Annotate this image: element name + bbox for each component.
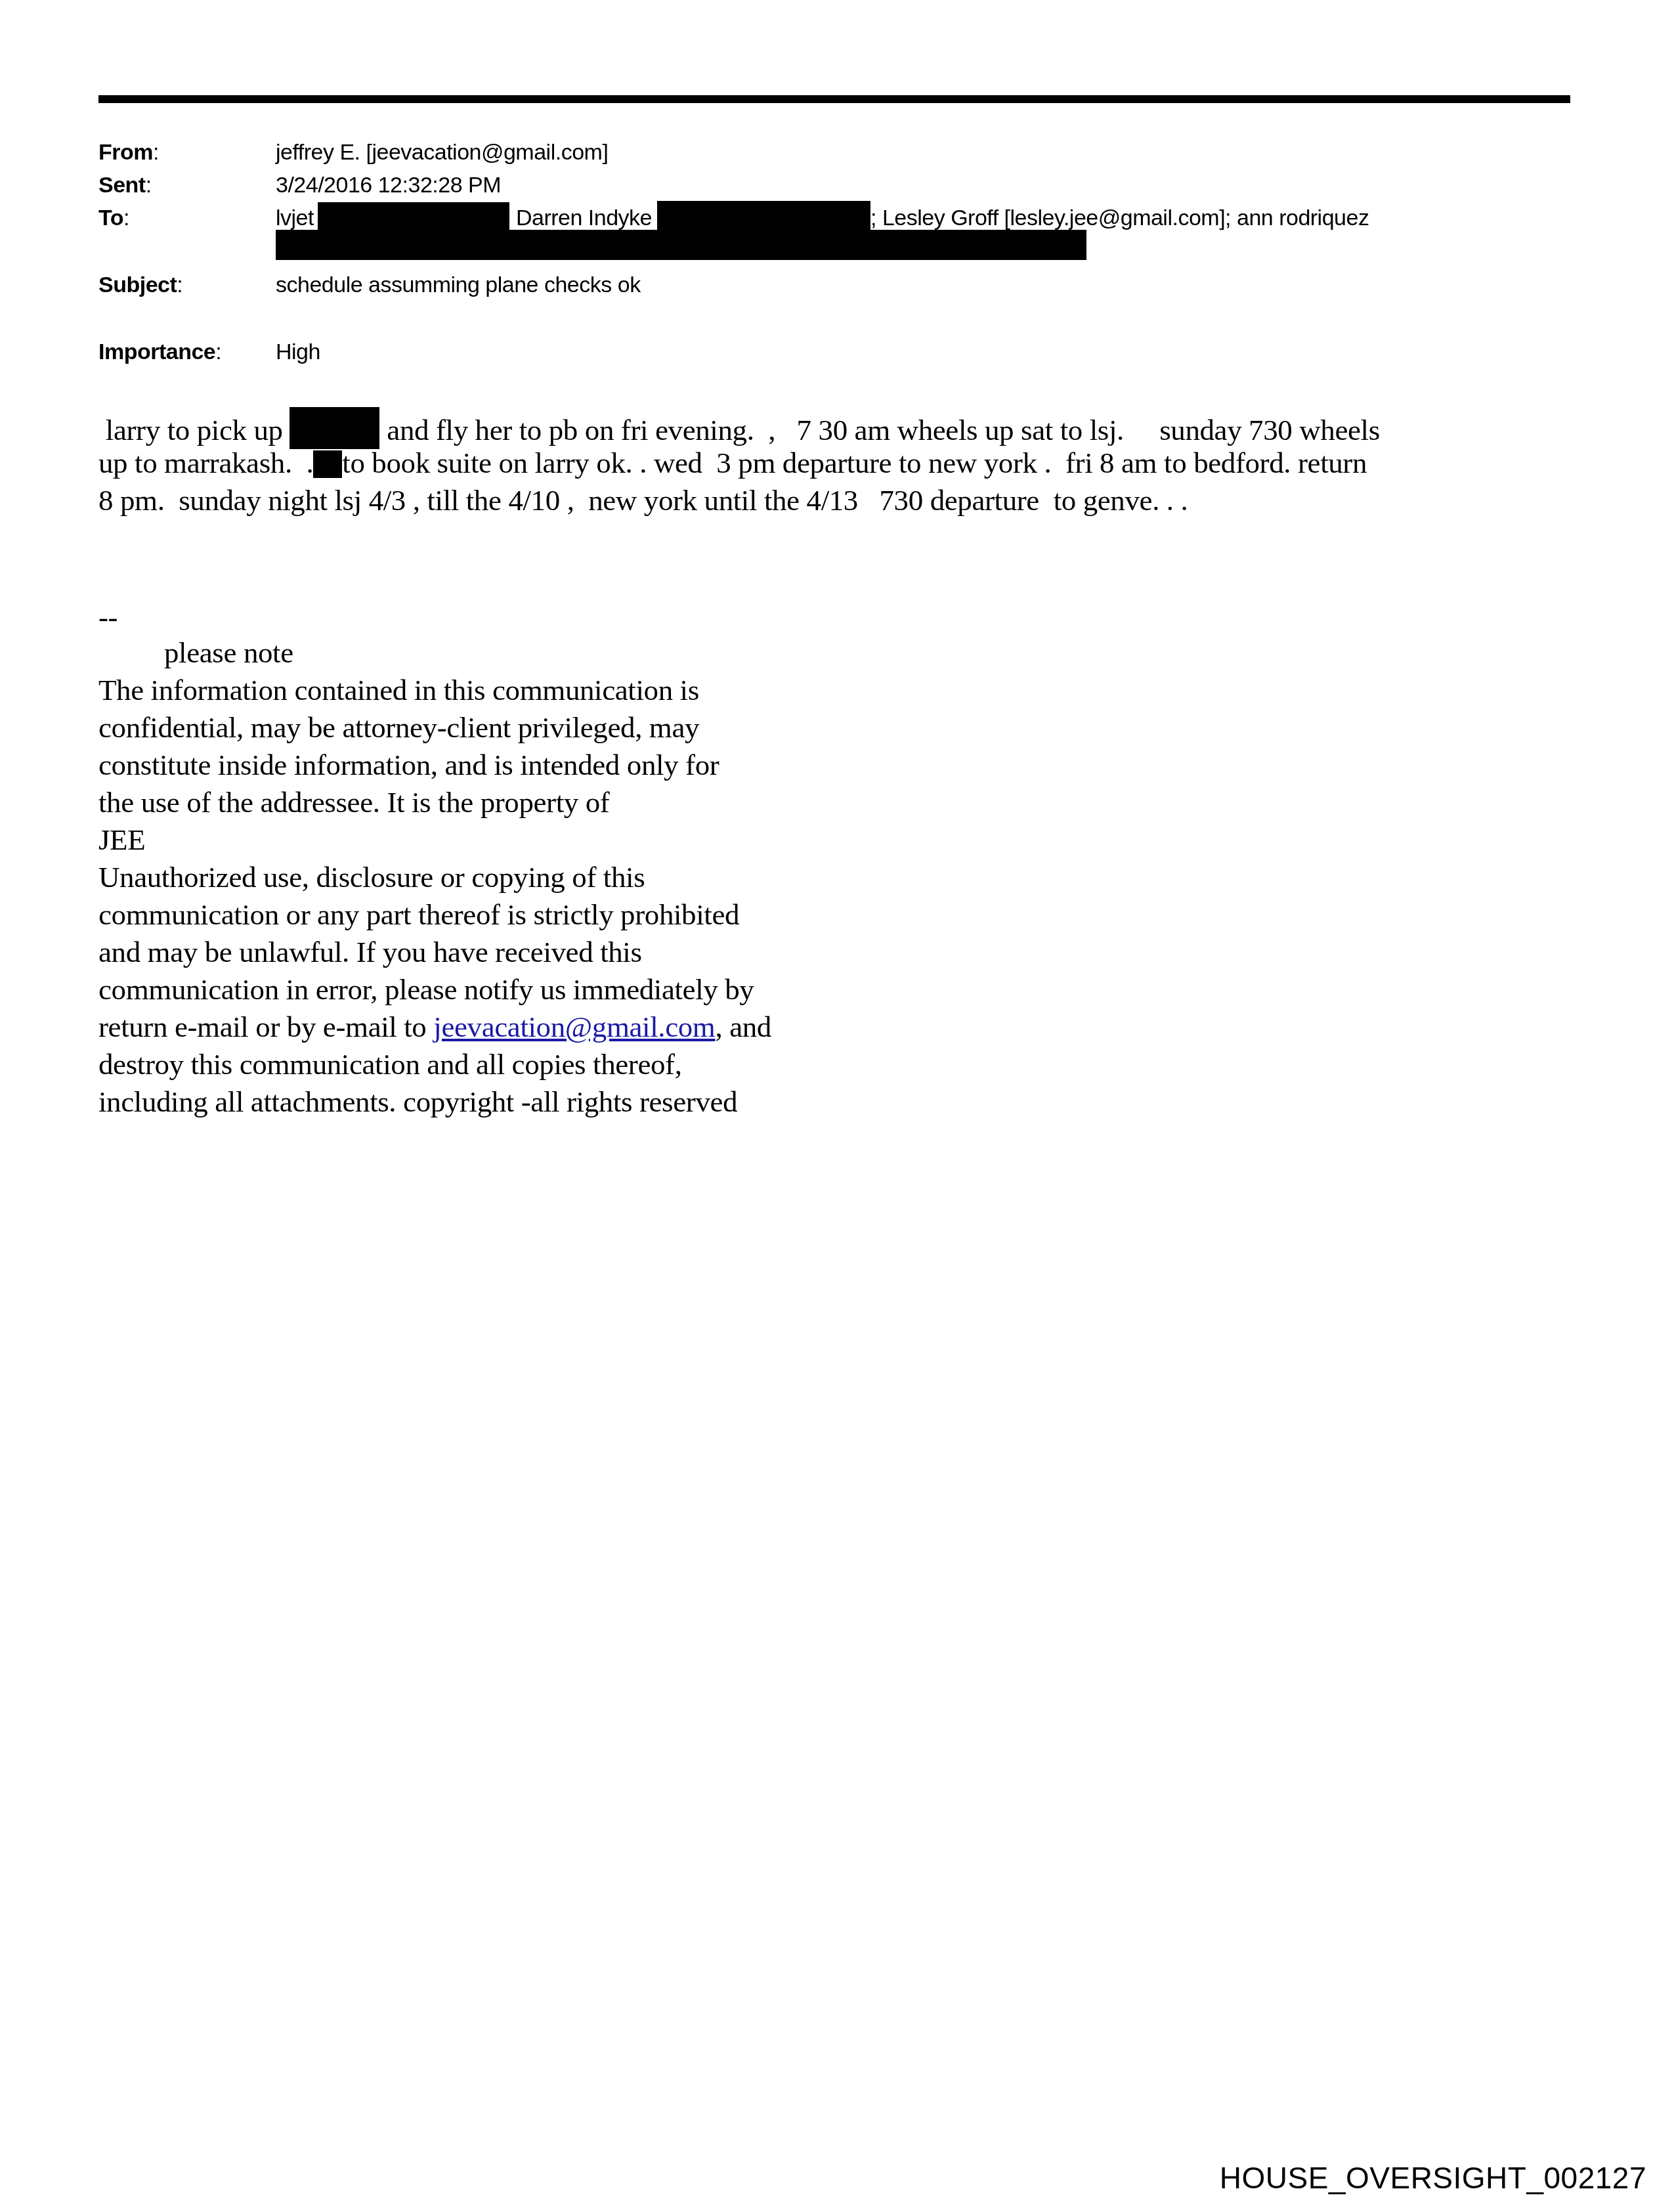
body-line-3: 8 pm. sunday night lsj 4/3 , till the 4/… <box>98 482 1576 519</box>
from-label: From: <box>98 139 159 165</box>
subject-label: Subject: <box>98 272 182 298</box>
email-link[interactable]: jeevacation@gmail.com <box>433 1010 715 1043</box>
from-value: jeffrey E. [jeevacation@gmail.com] <box>276 139 608 165</box>
header-rule <box>98 95 1570 103</box>
redaction-block <box>290 407 379 449</box>
disclaimer-line: destroy this communication and all copie… <box>98 1046 682 1083</box>
disclaimer-line: JEE <box>98 821 145 859</box>
disclaimer-line: The information contained in this commun… <box>98 672 699 709</box>
disclaimer-line: and may be unlawful. If you have receive… <box>98 934 642 971</box>
disclaimer-line: communication or any part thereof is str… <box>98 896 739 934</box>
body-line-2: up to marrakash. .to book suite on larry… <box>98 445 1576 482</box>
sent-value: 3/24/2016 12:32:28 PM <box>276 172 501 198</box>
to-recipient-lvjet: lvjet <box>276 205 314 231</box>
disclaimer-line: including all attachments. copyright -al… <box>98 1083 737 1121</box>
signature-separator: -- <box>98 599 118 636</box>
redaction-block <box>313 450 342 478</box>
subject-value: schedule assumming plane checks ok <box>276 272 641 298</box>
signature-note: please note <box>164 634 293 672</box>
disclaimer-line: Unauthorized use, disclosure or copying … <box>98 859 645 896</box>
to-label: To: <box>98 205 129 231</box>
bates-number: HOUSE_OVERSIGHT_002127 <box>1220 2160 1646 2196</box>
to-recipient-indyke: Darren Indyke <box>509 205 652 231</box>
disclaimer-text: , and <box>715 1010 771 1043</box>
redaction-block <box>276 230 1086 260</box>
disclaimer-text: return e-mail or by e-mail to <box>98 1010 433 1043</box>
disclaimer-line: constitute inside information, and is in… <box>98 747 719 784</box>
disclaimer-return-line: return e-mail or by e-mail to jeevacatio… <box>98 1008 771 1046</box>
sent-label: Sent: <box>98 172 152 198</box>
to-recipient-others: ; Lesley Groff [lesley.jee@gmail.com]; a… <box>870 205 1369 231</box>
disclaimer-line: the use of the addressee. It is the prop… <box>98 784 609 821</box>
disclaimer-line: confidential, may be attorney-client pri… <box>98 709 699 747</box>
to-row: To: lvjet Darren Indyke ; Lesley Groff [… <box>98 205 1576 271</box>
importance-value: High <box>276 339 320 365</box>
redaction-block <box>318 202 509 234</box>
importance-label: Importance: <box>98 339 221 365</box>
disclaimer-line: communication in error, please notify us… <box>98 971 754 1008</box>
body-line-1: larry to pick up and fly her to pb on fr… <box>98 407 1576 449</box>
